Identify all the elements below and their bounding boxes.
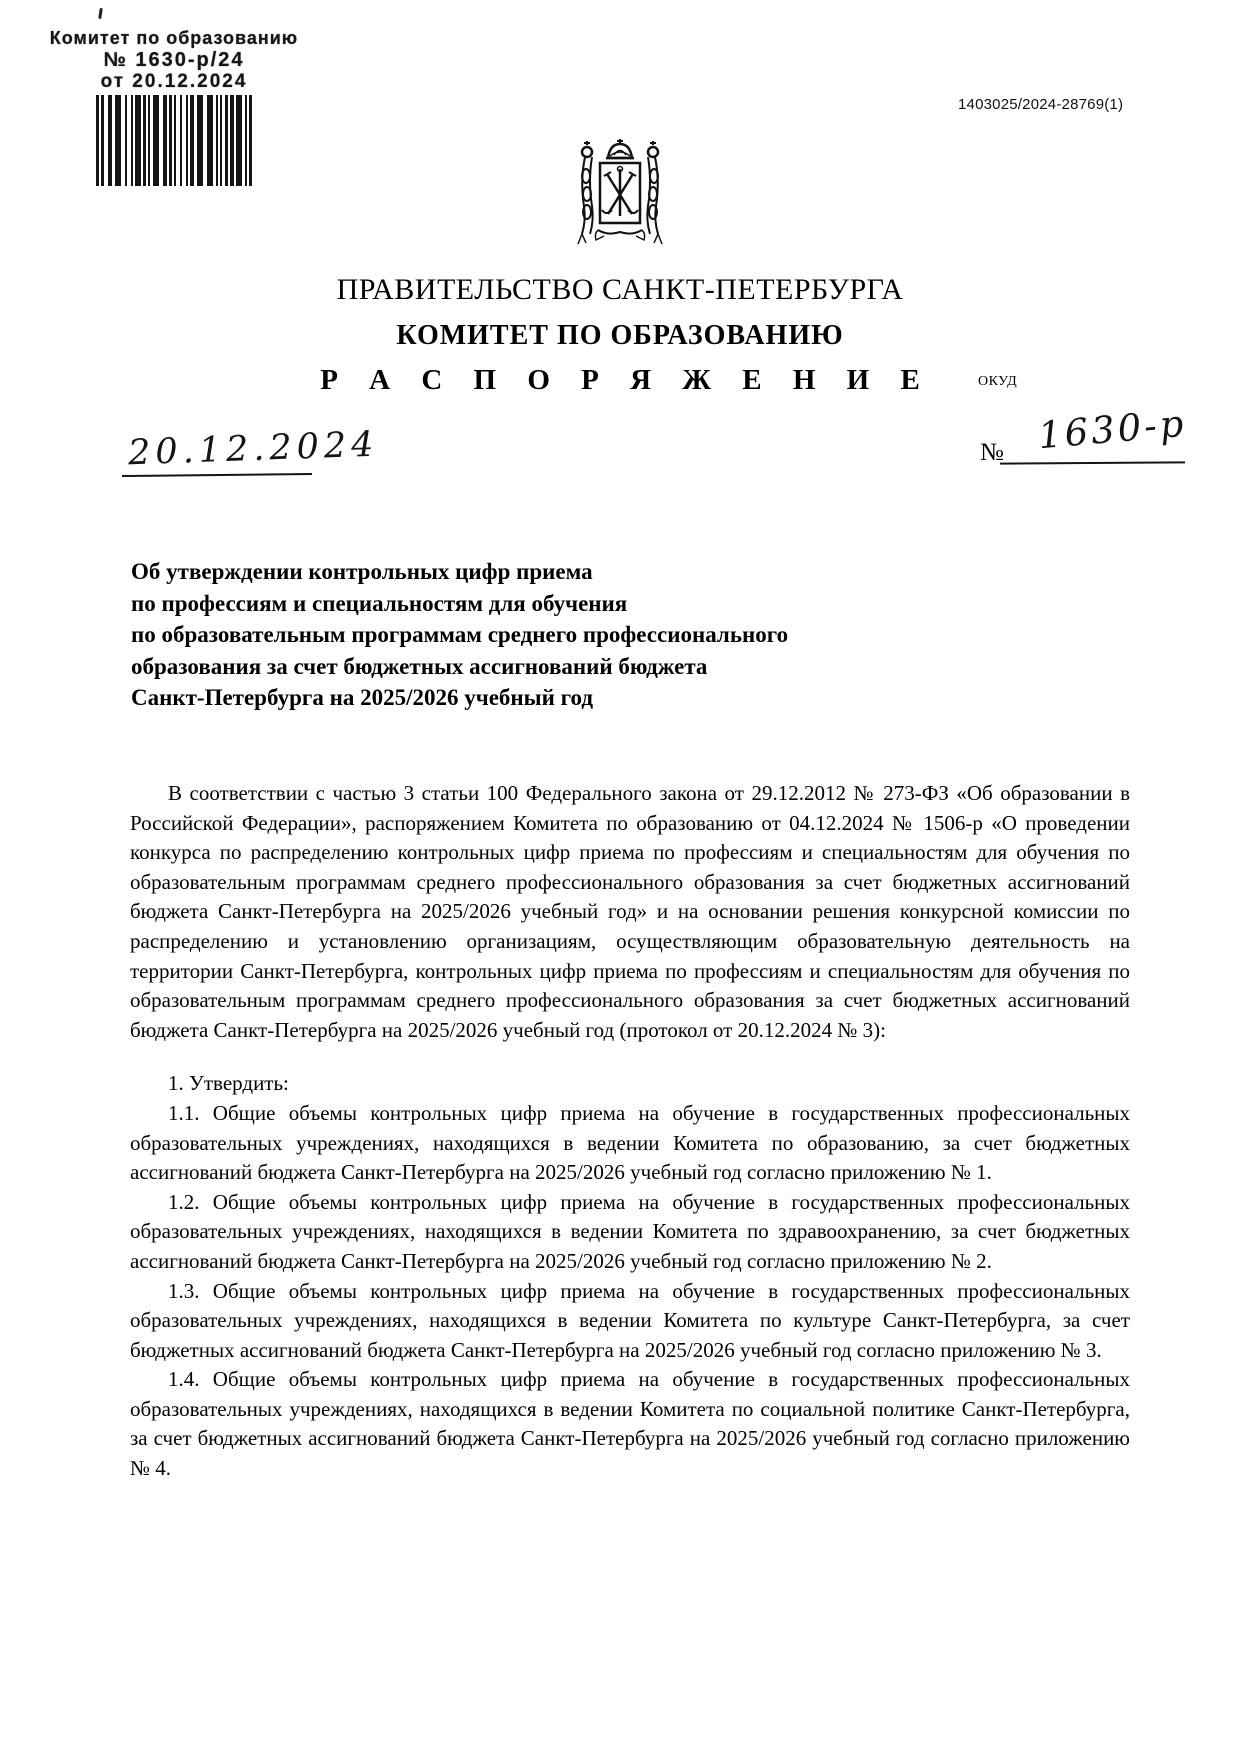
title-line: образования за счет бюджетных ассигнован… — [131, 651, 931, 683]
item-1-1: 1.1. Общие объемы контрольных цифр прием… — [130, 1099, 1130, 1188]
title-line: Санкт-Петербурга на 2025/2026 учебный го… — [131, 682, 931, 714]
scan-artifact — [98, 8, 103, 19]
preamble-paragraph: В соответствии с частью 3 статьи 100 Фед… — [130, 779, 1130, 1045]
stamp-date-line: от 20.12.2024 — [44, 71, 304, 93]
registration-stamp: Комитет по образованию № 1630-р/24 от 20… — [44, 28, 304, 93]
approve-heading: 1. Утвердить: — [130, 1069, 1130, 1099]
title-line: по образовательным программам среднего п… — [131, 619, 931, 651]
item-1-2: 1.2. Общие объемы контрольных цифр прием… — [130, 1188, 1130, 1277]
document-page: Комитет по образованию № 1630-р/24 от 20… — [0, 0, 1252, 1762]
coat-of-arms-icon — [570, 136, 670, 264]
handwritten-number: 1630-р — [1036, 402, 1188, 458]
title-line: Об утверждении контрольных цифр приема — [131, 556, 931, 588]
okud-label: ОКУД — [978, 374, 1017, 390]
item-1-4: 1.4. Общие объемы контрольных цифр прием… — [130, 1365, 1130, 1483]
stamp-number-line: № 1630-р/24 — [44, 49, 304, 71]
reference-number: 1403025/2024-28769(1) — [958, 96, 1178, 113]
document-type-title: Р А С П О Р Я Ж Е Н И Е — [0, 364, 1240, 397]
item-1-3: 1.3. Общие объемы контрольных цифр прием… — [130, 1277, 1130, 1366]
document-body: В соответствии с частью 3 статьи 100 Фед… — [130, 779, 1130, 1484]
handwritten-date: 20.12.2024 — [127, 425, 379, 474]
government-title: ПРАВИТЕЛЬСТВО САНКТ-ПЕТЕРБУРГА — [0, 273, 1240, 307]
number-underline — [1000, 461, 1185, 464]
committee-title: КОМИТЕТ ПО ОБРАЗОВАНИЮ — [0, 320, 1240, 352]
barcode — [96, 95, 256, 186]
title-line: по профессиям и специальностям для обуче… — [131, 588, 931, 620]
date-underline — [122, 473, 312, 477]
stamp-committee-line: Комитет по образованию — [44, 28, 304, 49]
document-title: Об утверждении контрольных цифр приема п… — [131, 556, 931, 714]
